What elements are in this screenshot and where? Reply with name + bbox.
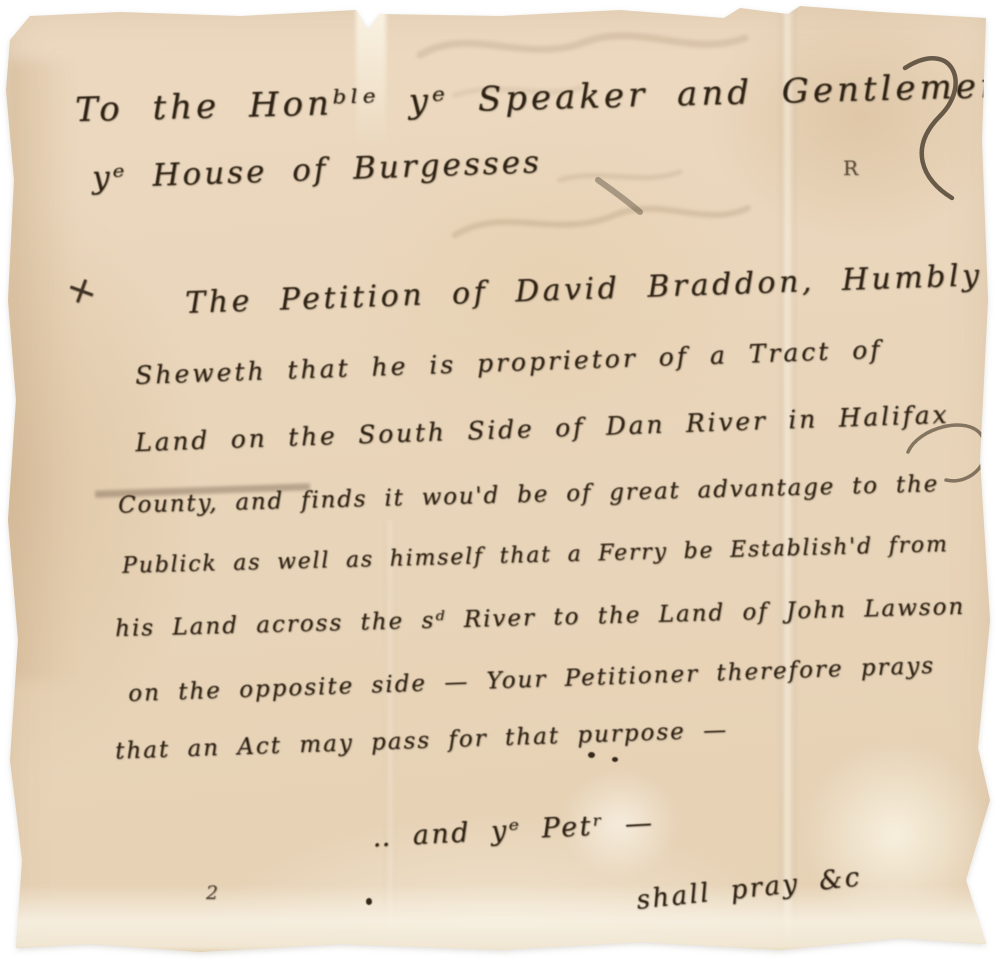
body-line-3: Land on the South Side of Dan River in H… [135,400,950,457]
body-line-2: Sheweth that he is proprietor of a Tract… [135,335,883,390]
body-line-5: Publick as well as himself that a Ferry … [122,532,949,579]
body-line-1: The Petition of David Braddon, Humbly [185,258,983,321]
manuscript-scan: To the Honᵇˡᵉ yᵉ Speaker and Gentlemen y… [0,0,1000,965]
stray-letter-mark: R [843,156,858,180]
body-line-8: that an Act may pass for that purpose — [115,717,729,764]
light-stain-bottom-right [800,740,990,930]
salutation-line-1: To the Honᵇˡᵉ yᵉ Speaker and Gentlemen [75,66,1000,130]
ink-speck [612,757,618,762]
body-line-7: on the opposite side — Your Petitioner t… [128,653,936,707]
closing-line-2: shall pray &c [635,862,863,915]
ink-speck [588,752,595,758]
bottom-numeral-mark: 2 [206,882,218,904]
bleed-stroke [560,172,680,180]
ink-speck [366,898,372,905]
ink-dash [598,180,640,212]
salutation-line-2: yᵉ House of Burgesses [92,144,543,196]
paper-tear-top [356,6,386,151]
margin-cross-mark: + [59,264,104,316]
paper-shadow: To the Honᵇˡᵉ yᵉ Speaker and Gentlemen y… [0,0,1000,965]
closing-line-1: ‥ and yᵉ Petʳ — [371,808,655,854]
bleed-stroke [420,36,745,55]
bleed-stroke [455,208,748,235]
body-line-4: County, and finds it wou'd be of great a… [118,471,940,518]
edge-shading-left [6,60,76,680]
body-line-6: his Land across the sᵈ River to the Land… [115,594,966,642]
paper-sheet: To the Honᵇˡᵉ yᵉ Speaker and Gentlemen y… [0,0,1000,965]
